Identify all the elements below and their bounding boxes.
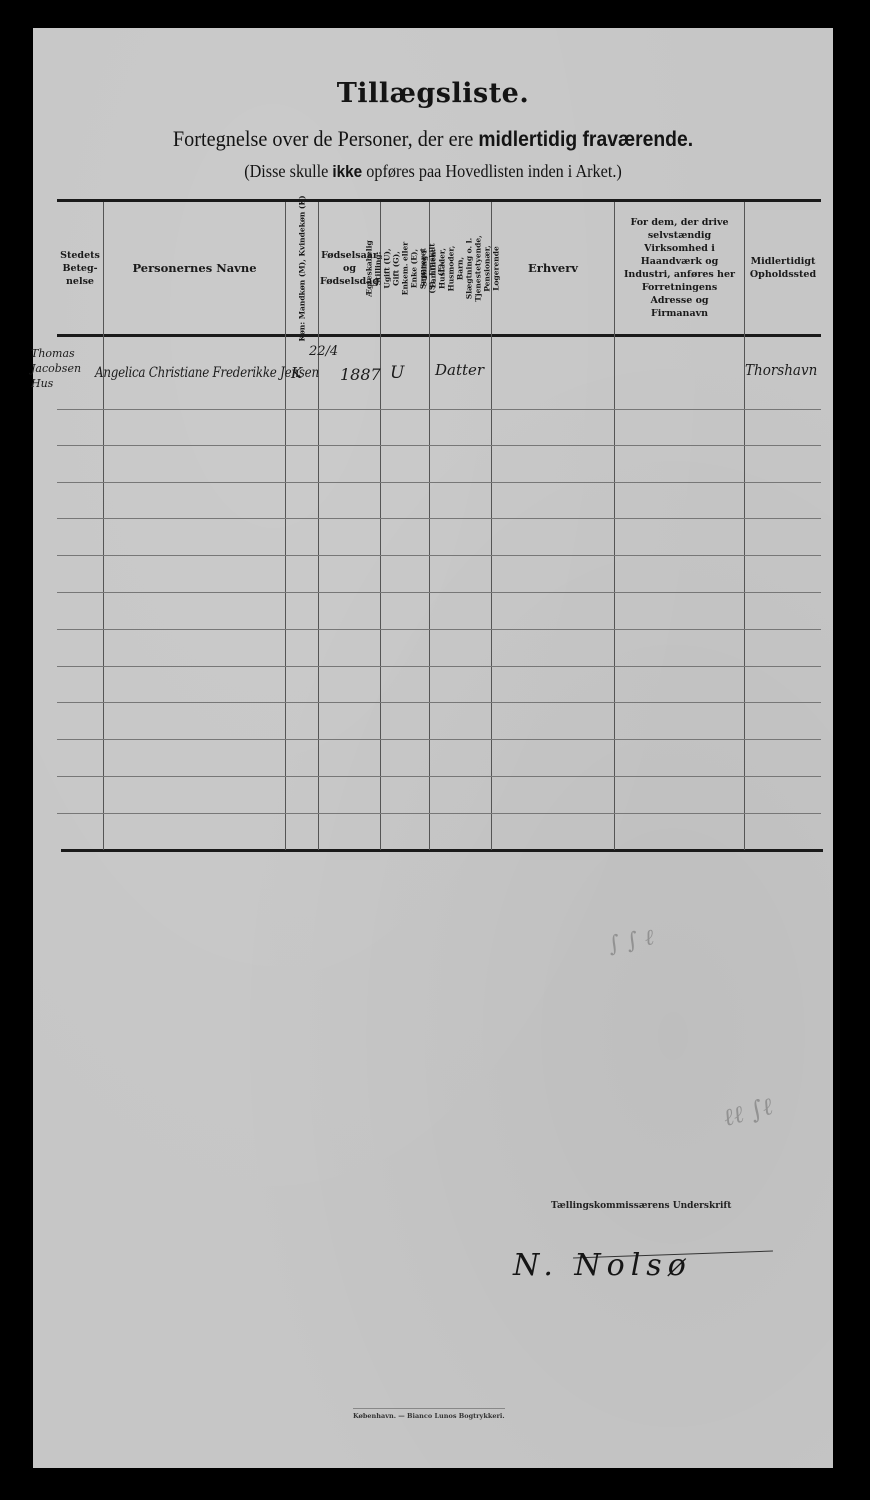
cell-stedets-betegnelse: Thomas Jacobsen Hus <box>31 346 97 391</box>
bleed-through-mark: ℓℓ ∫ℓ <box>720 1092 776 1133</box>
signature: N. Nolsø <box>513 1248 692 1283</box>
table-bottom-rule <box>61 849 823 852</box>
row-divider <box>57 445 821 446</box>
row-divider <box>57 482 821 483</box>
cell-navn: Angelica Christiane Frederikke Jensen <box>95 365 319 381</box>
note-emphasis: ikke <box>332 162 362 181</box>
row-divider <box>57 739 821 740</box>
cell-fodselsdag: 22/4 <box>309 344 338 359</box>
header-label: Stedets Beteg-nelse <box>57 249 103 288</box>
header-label: Erhverv <box>528 262 578 275</box>
row-divider <box>57 555 821 556</box>
census-form-page: Tillægsliste. Fortegnelse over de Person… <box>33 28 833 1468</box>
subtitle-emphasis: midlertidig fraværende. <box>478 128 693 151</box>
cell-aegteskabelig-stilling: U <box>390 363 404 383</box>
subtitle-text: Fortegnelse over de Personer, der ere <box>173 126 478 151</box>
header-midlertidigt-opholdssted: Midlertidigt Opholdssted <box>745 202 821 334</box>
header-bottom-rule <box>57 334 821 337</box>
row-divider <box>57 629 821 630</box>
note-text-pre: (Disse skulle <box>244 161 332 181</box>
printer-imprint: København. — Bianco Lunos Bogtrykkeri. <box>353 1408 505 1420</box>
header-stedets-betegnelse: Stedets Beteg-nelse <box>57 202 103 334</box>
cell-midlertidigt-opholdssted: Thorshavn <box>745 361 817 379</box>
header-stilling-i-familien: Stilling i Familien: Husfader, Husmoder,… <box>430 202 491 334</box>
row-divider <box>57 518 821 519</box>
bleed-through-mark: ∫ ∫ ℓ <box>606 924 656 958</box>
header-label: For dem, der drive selvstændig Virksomhe… <box>621 216 738 320</box>
header-label: Personernes Navne <box>132 262 256 275</box>
header-personernes-navne: Personernes Navne <box>104 202 285 334</box>
cell-kon: K <box>291 364 302 382</box>
header-erhverv: Erhverv <box>492 202 614 334</box>
header-virksomhed: For dem, der drive selvstændig Virksomhe… <box>615 202 744 334</box>
row-divider <box>57 702 821 703</box>
row-divider <box>57 409 821 410</box>
cell-fodselsaar: 1887 <box>340 365 381 384</box>
header-kon: Køn: Mandkøn (M), Kvindekøn (K) <box>286 202 318 334</box>
form-note: (Disse skulle ikke opføres paa Hovedlist… <box>73 161 793 182</box>
row-divider <box>57 666 821 667</box>
signature-label: Tællingskommissærens Underskrift <box>551 1201 731 1211</box>
note-text-post: opføres paa Hovedlisten inden i Arket.) <box>362 161 622 181</box>
form-subtitle: Fortegnelse over de Personer, der ere mi… <box>65 126 801 152</box>
form-title: Tillægsliste. <box>33 78 833 109</box>
header-label: Køn: Mandkøn (M), Kvindekøn (K) <box>298 195 307 341</box>
header-label: Midlertidigt Opholdssted <box>745 255 821 281</box>
row-divider <box>57 776 821 777</box>
row-divider <box>57 813 821 814</box>
header-label: Stilling i Familien: Husfader, Husmoder,… <box>420 235 501 301</box>
row-divider <box>57 592 821 593</box>
cell-stilling-i-familien: Datter <box>435 361 484 379</box>
